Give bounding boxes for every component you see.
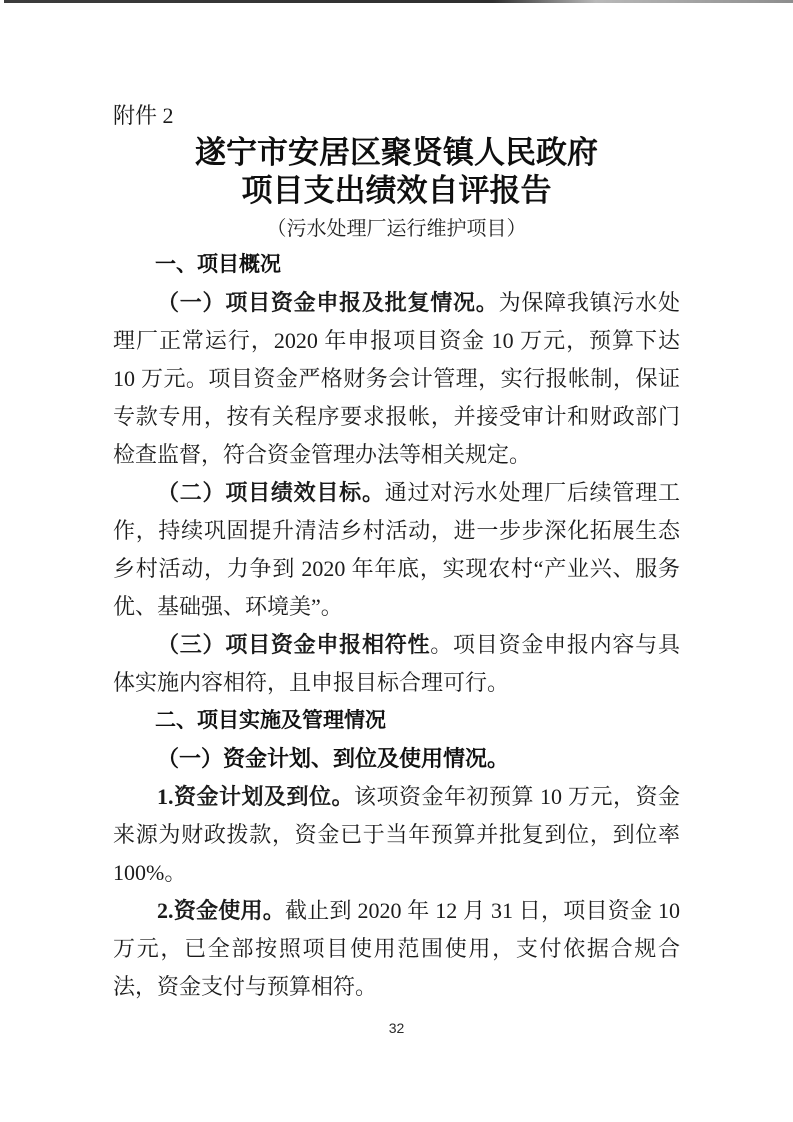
paragraph-application-consistency: （三）项目资金申报相符性。项目资金申报内容与具体实施内容相符，且申报目标合理可行… (113, 626, 680, 702)
page-footer: 32 (0, 1018, 793, 1038)
paragraph-fund-application-lead: （一）项目资金申报及批复情况。 (157, 290, 499, 315)
section-overview-heading: 一、项目概况 (113, 246, 680, 284)
document-title: 遂宁市安居区聚贤镇人民政府 项目支出绩效自评报告 (113, 134, 680, 210)
paragraph-fund-application: （一）项目资金申报及批复情况。为保障我镇污水处理厂正常运行，2020 年申报项目… (113, 284, 680, 474)
document-content: 附件 2 遂宁市安居区聚贤镇人民政府 项目支出绩效自评报告 （污水处理厂运行维护… (113, 0, 680, 1006)
paragraph-fund-application-text: 为保障我镇污水处理厂正常运行，2020 年申报项目资金 10 万元，预算下达 1… (113, 290, 680, 467)
paragraph-fund-plan-arrival: 1.资金计划及到位。该项资金年初预算 10 万元，资金来源为财政拨款，资金已于当… (113, 778, 680, 892)
attachment-label: 附件 2 (113, 102, 680, 130)
document-title-line1: 遂宁市安居区聚贤镇人民政府 (113, 134, 680, 172)
document-title-line2: 项目支出绩效自评报告 (113, 172, 680, 210)
section-implementation-heading: 二、项目实施及管理情况 (113, 702, 680, 740)
paragraph-fund-plan-arrival-lead: 1.资金计划及到位。 (157, 784, 354, 809)
page-number: 32 (389, 1020, 405, 1036)
document-subtitle: （污水处理厂运行维护项目） (113, 212, 680, 246)
paragraph-performance-goal: （二）项目绩效目标。通过对污水处理厂后续管理工作，持续巩固提升清洁乡村活动，进一… (113, 474, 680, 626)
paragraph-performance-goal-lead: （二）项目绩效目标。 (157, 480, 385, 505)
subsection-fund-plan-heading: （一）资金计划、到位及使用情况。 (113, 740, 680, 778)
document-body: 一、项目概况 （一）项目资金申报及批复情况。为保障我镇污水处理厂正常运行，202… (113, 246, 680, 1006)
paragraph-fund-usage: 2.资金使用。截止到 2020 年 12 月 31 日，项目资金 10 万元，已… (113, 892, 680, 1006)
document-page: 附件 2 遂宁市安居区聚贤镇人民政府 项目支出绩效自评报告 （污水处理厂运行维护… (0, 0, 793, 1122)
paragraph-fund-usage-lead: 2.资金使用。 (157, 898, 285, 923)
paragraph-application-consistency-lead: （三）项目资金申报相符性 (157, 632, 430, 657)
